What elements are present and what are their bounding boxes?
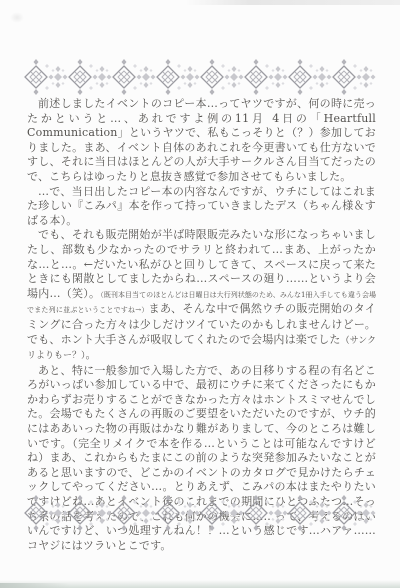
ornamental-border-bottom — [24, 494, 376, 532]
scanned-page: 前述しましたイベントのコピー本…ってヤツですが、何の時に売ったかというと…、あれ… — [0, 0, 400, 588]
paragraph: でも、それも販売開始が半ば時限販売みたいな形になっちゃいましたし、部数も少なかっ… — [27, 228, 376, 363]
scan-artifact-smudge — [10, 12, 24, 23]
text-run: …で、当日出したコピー本の内容なんですが、ウチにしてはこれまた珍しい『こみパ』本… — [27, 185, 376, 227]
scan-artifact-bottom-left — [0, 583, 70, 588]
text-run: 。 — [86, 348, 97, 361]
paragraph: …で、当日出したコピー本の内容なんですが、ウチにしてはこれまた珍しい『こみパ』本… — [27, 185, 376, 229]
text-run: でも、それも販売開始が半ば時限販売みたいな形になっちゃいましたし、部数も少なかっ… — [27, 228, 376, 299]
afterword-text: 前述しましたイベントのコピー本…ってヤツですが、何の時に売ったかというと…、あれ… — [27, 97, 376, 553]
scan-artifact-top-edge — [185, 0, 400, 5]
ornamental-border-top — [24, 58, 376, 96]
text-run: 前述しましたイベントのコピー本…ってヤツですが、何の時に売ったかというと…、あれ… — [27, 97, 376, 183]
paragraph: 前述しましたイベントのコピー本…ってヤツですが、何の時に売ったかというと…、あれ… — [27, 97, 376, 185]
